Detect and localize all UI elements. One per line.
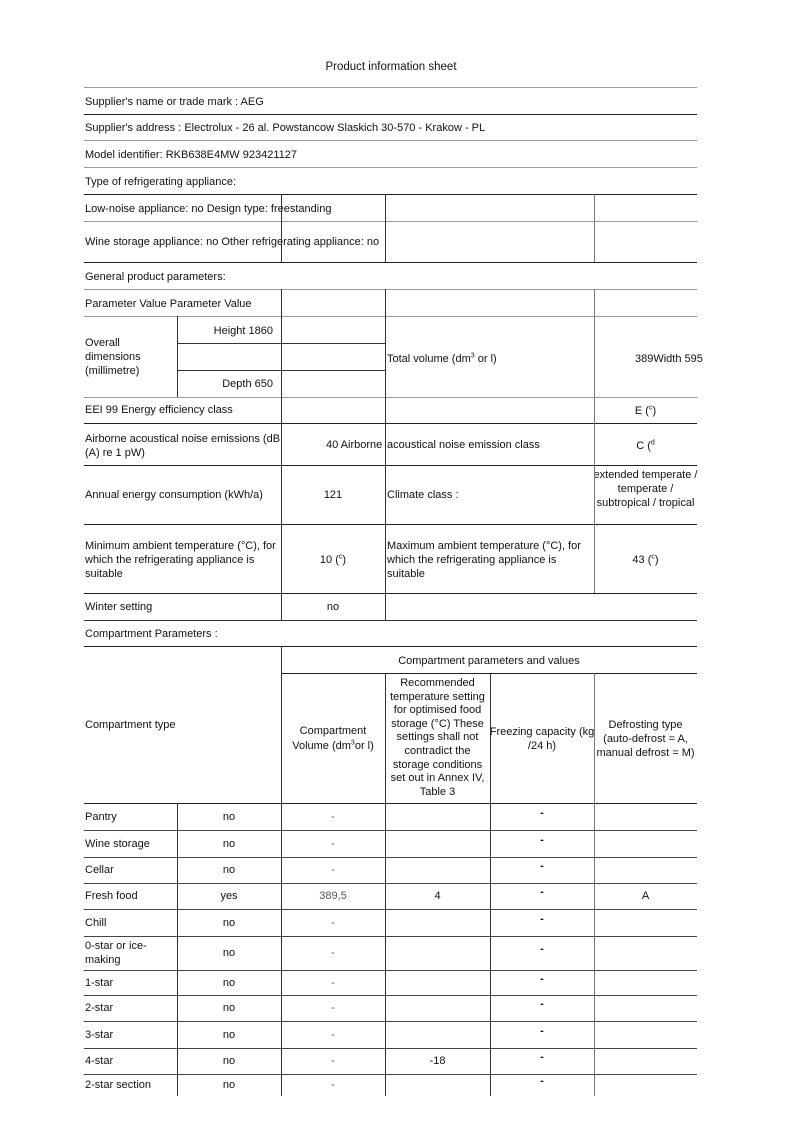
compartment-present: no xyxy=(177,1028,281,1042)
value-text: E ( xyxy=(635,405,649,417)
column-line xyxy=(385,673,386,1096)
column-line xyxy=(385,194,386,262)
defrost-header: Defrosting type (auto-defrost = A, manua… xyxy=(594,718,697,760)
divider xyxy=(84,803,697,804)
compartment-present: no xyxy=(177,837,281,851)
compartment-defrost: A xyxy=(594,889,697,903)
type-header: Compartment type xyxy=(85,718,175,732)
compartment-present: no xyxy=(177,1054,281,1068)
noise-class-label: acoustical noise emission class xyxy=(387,438,540,452)
divider xyxy=(84,970,697,971)
divider xyxy=(84,857,697,858)
energy-label: Annual energy consumption (kWh/a) xyxy=(85,488,263,502)
divider xyxy=(84,194,697,195)
depth-value: Depth 650 xyxy=(177,377,273,391)
compartment-volume: - xyxy=(281,863,385,877)
divider xyxy=(84,1074,697,1075)
compartment-temp: 4 xyxy=(385,889,490,903)
eei-label: EEI 99 Energy efficiency class xyxy=(85,403,233,417)
divider xyxy=(84,620,697,621)
column-line xyxy=(490,673,491,1096)
max-ambient-label: Maximum ambient temperature (°C), for wh… xyxy=(387,539,592,581)
divider xyxy=(84,593,697,594)
compartment-freezing: - xyxy=(490,1050,594,1064)
divider xyxy=(84,221,697,222)
low-noise-info: Low-noise appliance: no Design type: fre… xyxy=(85,202,331,216)
compartment-heading: Compartment Parameters : xyxy=(85,627,218,641)
divider xyxy=(84,1021,697,1022)
compartment-volume: - xyxy=(281,1078,385,1092)
compartment-volume: - xyxy=(281,976,385,990)
compartment-freezing: - xyxy=(490,1024,594,1038)
compartment-type: 1-star xyxy=(85,976,165,990)
supplier-name: Supplier's name or trade mark : AEG xyxy=(85,95,264,109)
compartment-present: no xyxy=(177,976,281,990)
compartment-volume: - xyxy=(281,1001,385,1015)
value-text: 43 ( xyxy=(632,554,651,566)
compartment-freezing: - xyxy=(490,912,594,926)
value-text: ) xyxy=(342,554,346,566)
climate-value: extended temperate / temperate / subtrop… xyxy=(592,468,699,510)
divider xyxy=(281,673,697,674)
climate-label: Climate class : xyxy=(387,488,459,502)
column-line xyxy=(177,316,178,397)
column-line xyxy=(281,289,282,620)
column-line xyxy=(177,803,178,1096)
supplier-address: Supplier's address : Electrolux - 26 al.… xyxy=(85,121,485,135)
column-line xyxy=(594,194,595,262)
compartment-type: 2-star section xyxy=(85,1078,165,1092)
compartment-present: no xyxy=(177,916,281,930)
compartment-type: Fresh food xyxy=(85,889,165,903)
divider xyxy=(84,397,697,398)
volume-header: Compartment Volume (dm3or l) xyxy=(283,724,383,754)
divider xyxy=(84,646,697,647)
column-line xyxy=(594,673,595,1096)
compartment-type: 2-star xyxy=(85,1001,165,1015)
compartment-present: no xyxy=(177,1001,281,1015)
column-line xyxy=(385,289,386,620)
divider xyxy=(84,316,697,317)
winter-value: no xyxy=(281,600,385,614)
compartment-volume: - xyxy=(281,837,385,851)
min-ambient-value: 10 (c) xyxy=(281,553,385,567)
divider xyxy=(84,830,697,831)
wine-storage-info: Wine storage appliance: no Other refrige… xyxy=(85,235,379,249)
model-identifier: Model identifier: RKB638E4MW 923421127 xyxy=(85,148,297,162)
value-text: ) xyxy=(655,554,659,566)
compartment-present: no xyxy=(177,1078,281,1092)
compartment-present: no xyxy=(177,810,281,824)
divider xyxy=(84,883,697,884)
value-text: 10 ( xyxy=(320,554,339,566)
freezing-header: Freezing capacity (kg /24 h) xyxy=(489,725,595,753)
compartment-present: yes xyxy=(177,889,281,903)
height-value: Height 1860 xyxy=(177,324,273,338)
divider xyxy=(84,262,697,263)
eei-value: E (c) xyxy=(594,404,697,418)
column-line xyxy=(281,194,282,262)
compartment-type: 0-star or ice-making xyxy=(85,939,165,967)
min-ambient-label: Minimum ambient temperature (°C), for wh… xyxy=(85,539,281,581)
compartment-volume: - xyxy=(281,916,385,930)
value-text: C ( xyxy=(636,440,651,452)
noise-value: 40 Airborne xyxy=(326,438,382,452)
total-volume-value: 389Width 595 xyxy=(635,352,703,366)
compartment-type: 3-star xyxy=(85,1028,165,1042)
column-line xyxy=(281,646,282,1096)
divider xyxy=(84,465,697,466)
divider xyxy=(84,114,697,115)
type-heading: Type of refrigerating appliance: xyxy=(85,175,236,189)
max-ambient-value: 43 (c) xyxy=(594,553,697,567)
compartment-type: Chill xyxy=(85,916,165,930)
superscript: d xyxy=(651,439,655,446)
label-text: Total volume (dm xyxy=(387,353,471,365)
noise-class-value: C (d xyxy=(594,439,697,453)
energy-value: 121 xyxy=(281,488,385,502)
compartment-freezing: - xyxy=(490,1074,594,1088)
compartment-present: no xyxy=(177,863,281,877)
compartment-volume: - xyxy=(281,1028,385,1042)
compartment-freezing: - xyxy=(490,997,594,1011)
compartment-type: Cellar xyxy=(85,863,165,877)
compartment-freezing: - xyxy=(490,833,594,847)
noise-label: Airborne acoustical noise emissions (dB … xyxy=(85,432,281,460)
compartment-freezing: - xyxy=(490,972,594,986)
total-volume-label: Total volume (dm3 or l) xyxy=(387,352,497,366)
header-text: or l) xyxy=(355,740,374,752)
group-header: Compartment parameters and values xyxy=(281,654,697,668)
dimensions-label: Overall dimensions (millimetre) xyxy=(85,336,170,378)
value-text: ) xyxy=(652,405,656,417)
divider xyxy=(84,909,697,910)
divider xyxy=(84,289,697,290)
page-title: Product information sheet xyxy=(0,61,782,73)
compartment-freezing: - xyxy=(490,859,594,873)
temp-header: Recommended temperature setting for opti… xyxy=(385,677,490,799)
divider xyxy=(84,87,697,88)
divider xyxy=(84,524,697,525)
compartment-type: Wine storage xyxy=(85,837,165,851)
compartment-freezing: - xyxy=(490,806,594,820)
param-header: Parameter Value Parameter Value xyxy=(85,297,252,311)
compartment-present: no xyxy=(177,946,281,960)
divider xyxy=(84,167,697,168)
compartment-volume: - xyxy=(281,810,385,824)
divider xyxy=(84,995,697,996)
divider xyxy=(84,936,697,937)
divider xyxy=(84,423,697,424)
compartment-volume: - xyxy=(281,946,385,960)
compartment-volume: - xyxy=(281,1054,385,1068)
compartment-temp: -18 xyxy=(385,1054,490,1068)
label-text: or l) xyxy=(475,353,497,365)
compartment-freezing: - xyxy=(490,885,594,899)
divider xyxy=(84,1048,697,1049)
compartment-volume: 389,5 xyxy=(281,889,385,903)
divider xyxy=(84,140,697,141)
general-heading: General product parameters: xyxy=(85,270,226,284)
compartment-type: 4-star xyxy=(85,1054,165,1068)
compartment-type: Pantry xyxy=(85,810,165,824)
winter-label: Winter setting xyxy=(85,600,152,614)
column-line xyxy=(594,289,595,593)
compartment-freezing: - xyxy=(490,942,594,956)
